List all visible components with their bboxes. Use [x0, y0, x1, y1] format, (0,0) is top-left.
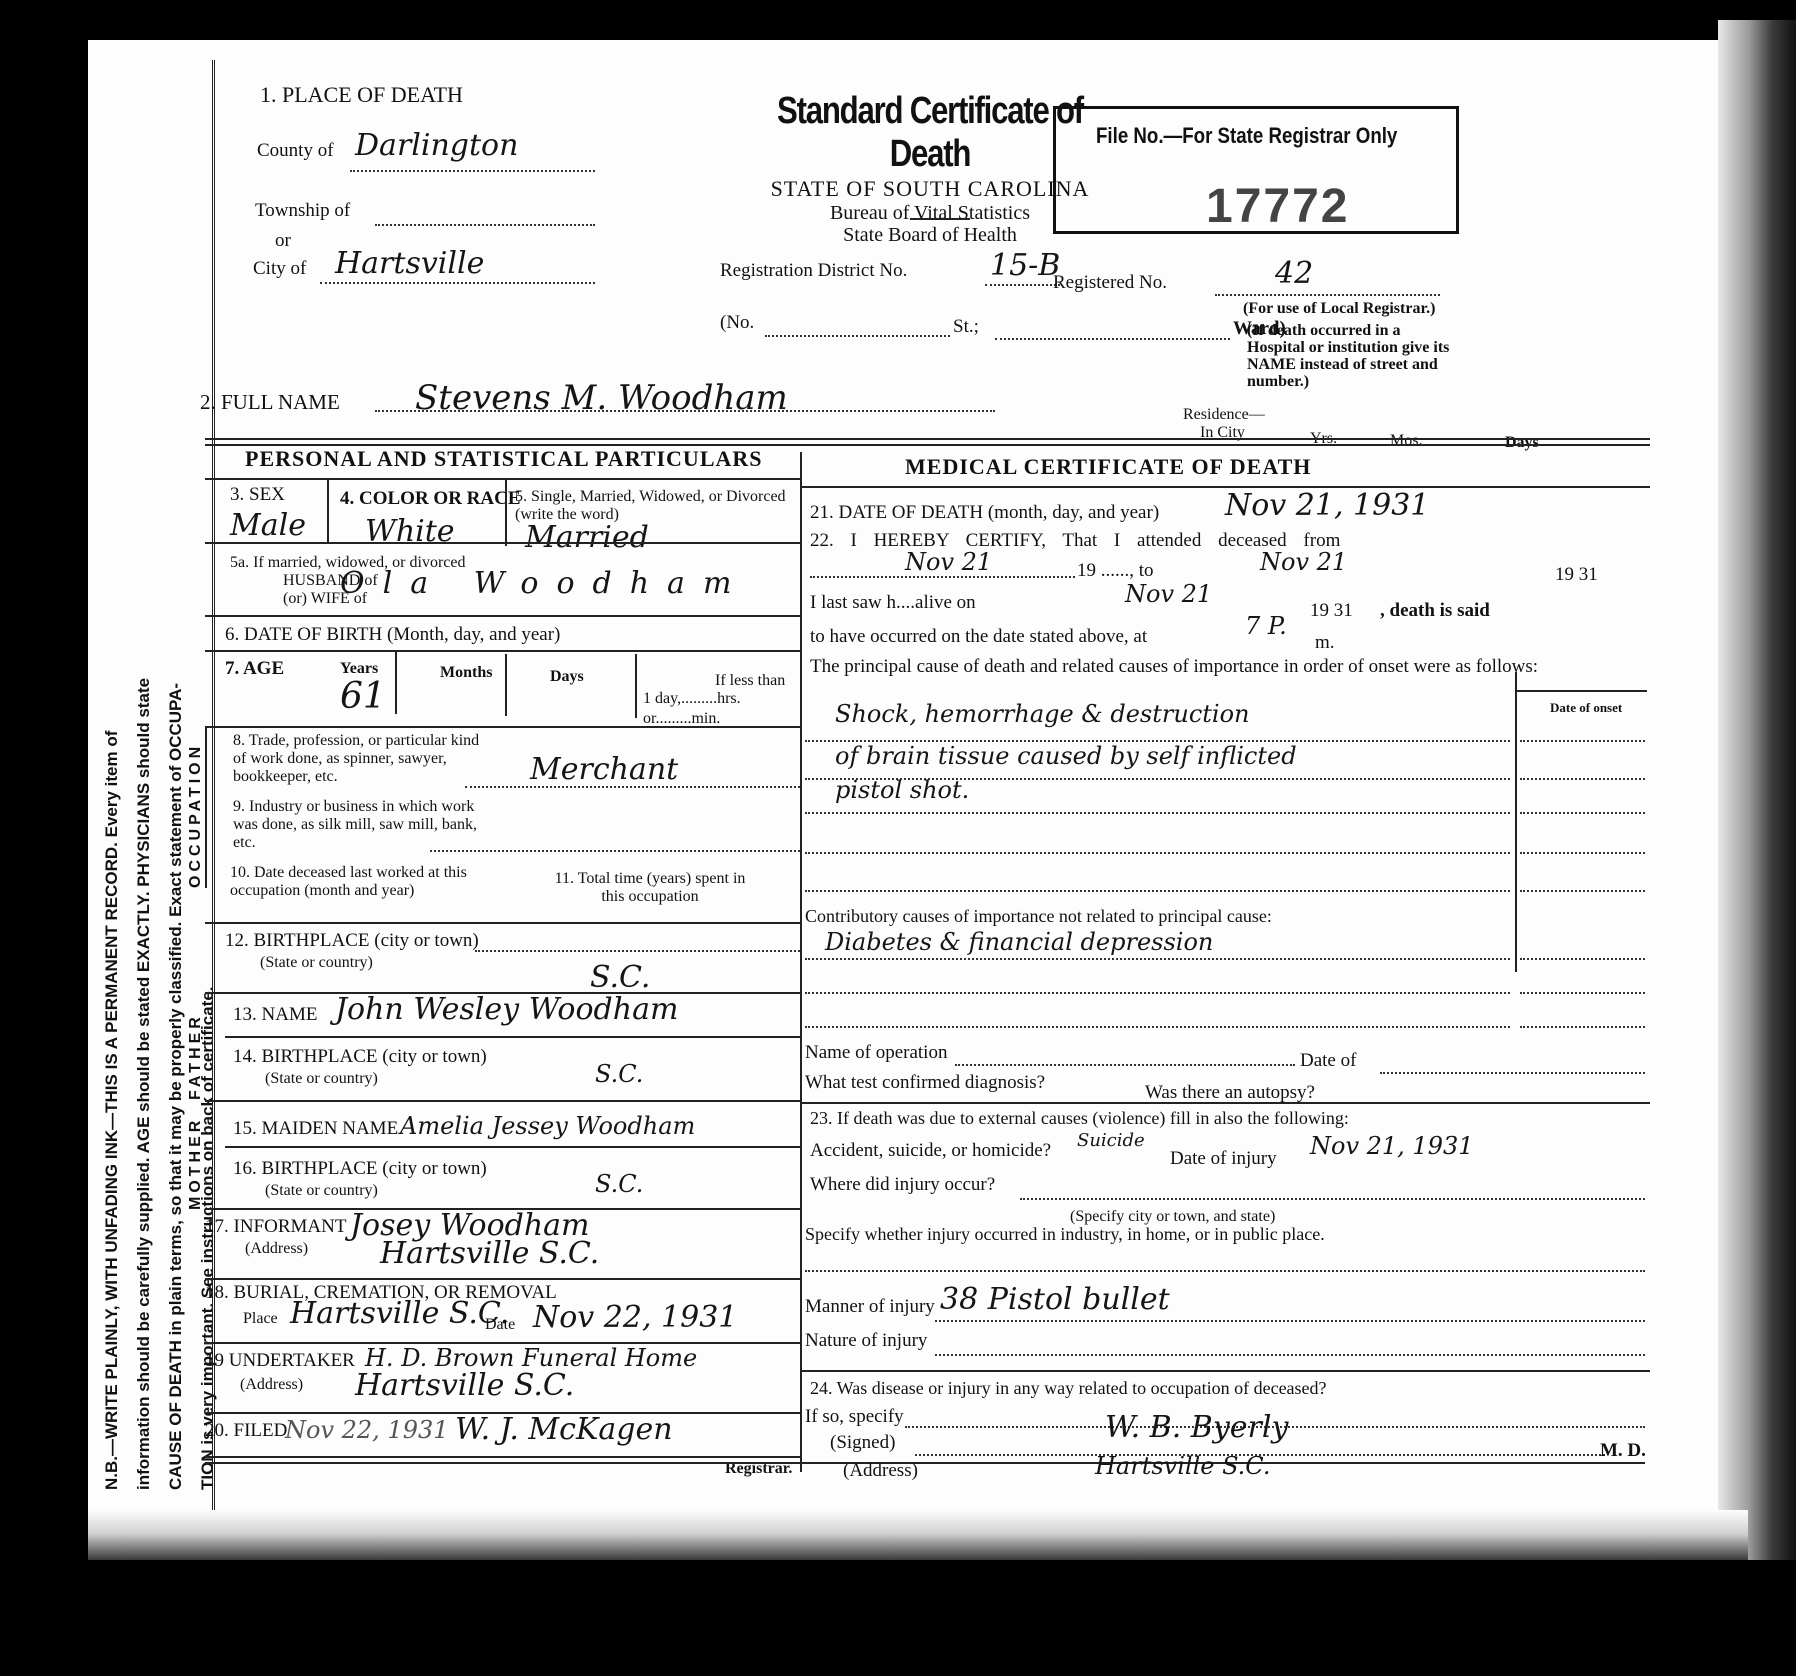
registered-no-value: 42: [1275, 256, 1313, 291]
mother-birthplace-state-label: (State or country): [265, 1182, 378, 1200]
or-label: or: [275, 230, 291, 252]
medical-section-heading: MEDICAL CERTIFICATE OF DEATH: [905, 454, 1311, 480]
file-number-box: File No.—For State Registrar Only 17772: [1053, 106, 1459, 234]
undertaker-address-value: Hartsville S.C.: [355, 1368, 574, 1403]
test-label: What test confirmed diagnosis?: [805, 1072, 1045, 1094]
file-number-label: File No.—For State Registrar Only: [1096, 123, 1397, 149]
instruction-line-1: N.B.—WRITE PLAINLY, WITH UNFADING INK—TH…: [96, 70, 128, 1490]
burial-place-label: Place: [243, 1310, 278, 1328]
file-number-value: 17772: [1206, 179, 1349, 234]
age-label: 7. AGE: [225, 658, 284, 680]
attended-from-value: Nov 21: [905, 548, 992, 576]
date-of-onset-label: Date of onset: [1550, 700, 1622, 716]
instruction-line-2: information should be carefully supplied…: [128, 70, 160, 1490]
filed-date-value: Nov 22, 1931: [285, 1416, 449, 1444]
md-label: M. D.: [1600, 1440, 1646, 1462]
filed-label: 20. FILED: [205, 1420, 287, 1442]
city-label: City of: [253, 258, 306, 280]
personal-section-heading: PERSONAL AND STATISTICAL PARTICULARS: [245, 446, 763, 472]
father-name-label: 13. NAME: [233, 1004, 317, 1026]
county-value: Darlington: [355, 128, 518, 163]
principal-cause-line-1: Shock, hemorrhage & destruction: [835, 700, 1249, 728]
attended-to-value: Nov 21: [1260, 548, 1347, 576]
certificate-title: Standard Certificate of Death: [758, 90, 1102, 176]
dob-label: 6. DATE OF BIRTH (Month, day, and year): [225, 624, 560, 646]
marital-value: Married: [525, 520, 649, 555]
father-side-label: FATHER: [187, 1013, 205, 1100]
date-of-label: Date of: [1300, 1050, 1356, 1072]
date-of-death-value: Nov 21, 1931: [1225, 488, 1429, 523]
street-no-label: (No.: [720, 312, 754, 334]
accident-label: Accident, suicide, or homicide?: [810, 1140, 1051, 1162]
trade-label: 8. Trade, profession, or particular kind…: [233, 732, 483, 786]
occurred-label: to have occurred on the date stated abov…: [810, 626, 1147, 648]
date-of-death-label: 21. DATE OF DEATH (month, day, and year): [810, 502, 1159, 524]
where-injury-label: Where did injury occur?: [810, 1174, 995, 1196]
birthplace-value: S.C.: [590, 960, 650, 995]
informant-label: 17. INFORMANT: [205, 1216, 346, 1238]
trade-value: Merchant: [530, 752, 678, 787]
race-label: 4. COLOR OR RACE: [340, 488, 521, 510]
undertaker-label: 19 UNDERTAKER: [205, 1350, 355, 1372]
accident-value: Suicide: [1077, 1130, 1145, 1151]
age-years-value: 61: [340, 676, 386, 717]
manner-label: Manner of injury: [805, 1296, 935, 1318]
burial-date-value: Nov 22, 1931: [533, 1300, 737, 1335]
sex-value: Male: [230, 508, 306, 543]
mother-name-label: 15. MAIDEN NAME: [233, 1118, 398, 1140]
informant-address-value: Hartsville S.C.: [380, 1236, 599, 1271]
related-occupation-label: 24. Was disease or injury in any way rel…: [810, 1378, 1327, 1399]
age-days-label: Days: [550, 668, 584, 686]
book-binding-edge: [1718, 20, 1796, 1580]
age-months-label: Months: [440, 664, 492, 682]
mother-side-label: MOTHER: [187, 1117, 205, 1210]
birthplace-label: 12. BIRTHPLACE (city or town): [225, 930, 479, 952]
burial-place-value: Hartsville S.C.: [290, 1296, 509, 1331]
full-name-value: Stevens M. Woodham: [415, 378, 788, 418]
father-birthplace-label: 14. BIRTHPLACE (city or town): [233, 1046, 487, 1068]
county-label: County of: [257, 140, 334, 162]
injury-date-value: Nov 21, 1931: [1310, 1132, 1474, 1160]
operation-label: Name of operation: [805, 1042, 947, 1064]
father-birthplace-state-label: (State or country): [265, 1070, 378, 1088]
spouse-value: Ola Woodham: [340, 566, 749, 601]
external-causes-label: 23. If death was due to external causes …: [810, 1108, 1349, 1129]
reg-district-label: Registration District No.: [720, 260, 907, 282]
hospital-note: (If death occurred in a Hospital or inst…: [1247, 322, 1457, 390]
less-than-label: If less than: [715, 672, 785, 690]
physician-address-value: Hartsville S.C.: [1095, 1452, 1270, 1480]
attended-to-year: 19 31: [1555, 564, 1598, 586]
nature-label: Nature of injury: [805, 1330, 927, 1352]
signed-label: (Signed): [830, 1432, 895, 1454]
physician-address-label: (Address): [843, 1460, 918, 1482]
scan-background: [0, 1560, 1796, 1676]
street-label: St.;: [953, 316, 979, 338]
local-registrar-note: (For use of Local Registrar.): [1243, 300, 1435, 318]
township-label: Township of: [255, 200, 350, 222]
specify-label: If so, specify: [805, 1406, 904, 1428]
physician-signature: W. B. Byerly: [1105, 1410, 1288, 1445]
last-worked-label: 10. Date deceased last worked at this oc…: [230, 864, 500, 900]
manner-value: 38 Pistol bullet: [940, 1282, 1170, 1317]
mother-name-value: Amelia Jessey Woodham: [400, 1112, 695, 1140]
sex-label: 3. SEX: [230, 484, 285, 506]
principal-cause-line-2: of brain tissue caused by self inflicted: [835, 742, 1297, 770]
mother-birthplace-value: S.C.: [595, 1170, 643, 1198]
day-hrs-label: 1 day,.........hrs.: [643, 690, 741, 708]
informant-address-label: (Address): [245, 1240, 308, 1258]
time-of-death-value: 7 P.: [1245, 612, 1287, 640]
father-birthplace-value: S.C.: [595, 1060, 643, 1088]
total-time-label: 11. Total time (years) spent in this occ…: [550, 870, 750, 906]
last-saw-year: 19 31: [1310, 600, 1353, 622]
principal-cause-line-3: pistol shot.: [835, 776, 969, 804]
city-value: Hartsville: [335, 246, 484, 281]
place-of-death-heading: 1. PLACE OF DEATH: [260, 82, 463, 108]
reg-district-value: 15-B: [990, 248, 1060, 283]
m-label: m.: [1315, 632, 1335, 654]
to-label: 19 ......, to: [1077, 560, 1154, 582]
birthplace-state-label: (State or country): [260, 954, 373, 972]
mother-birthplace-label: 16. BIRTHPLACE (city or town): [233, 1158, 487, 1180]
mos-label: Mos.: [1390, 432, 1422, 450]
last-saw-value: Nov 21: [1125, 580, 1212, 608]
specify-place-label: Specify whether injury occurred in indus…: [805, 1224, 1325, 1245]
undertaker-address-label: (Address): [240, 1376, 303, 1394]
injury-date-label: Date of injury: [1170, 1148, 1277, 1170]
full-name-label: 2. FULL NAME: [200, 390, 340, 415]
burial-date-label: Date: [485, 1316, 515, 1334]
industry-label: 9. Industry or business in which work wa…: [233, 798, 483, 852]
occupation-side-label: OCCUPATION: [187, 743, 205, 888]
autopsy-label: Was there an autopsy?: [1145, 1082, 1315, 1104]
marital-label: 5. Single, Married, Widowed, or Divorced…: [515, 488, 800, 524]
contributory-value: Diabetes & financial depression: [825, 928, 1213, 956]
certificate-form: 1. PLACE OF DEATH County of Darlington T…: [212, 60, 1655, 1510]
residence-label: Residence—: [1183, 406, 1265, 424]
registrar-signature: W. J. McKagen: [455, 1412, 673, 1447]
days-label: Days: [1505, 434, 1539, 452]
father-name-value: John Wesley Woodham: [335, 992, 678, 1027]
last-saw-label: I last saw h....alive on: [810, 592, 976, 614]
registered-no-label: Registered No.: [1053, 272, 1167, 294]
death-said-label: , death is said: [1380, 600, 1490, 622]
contributory-label: Contributory causes of importance not re…: [805, 906, 1272, 927]
